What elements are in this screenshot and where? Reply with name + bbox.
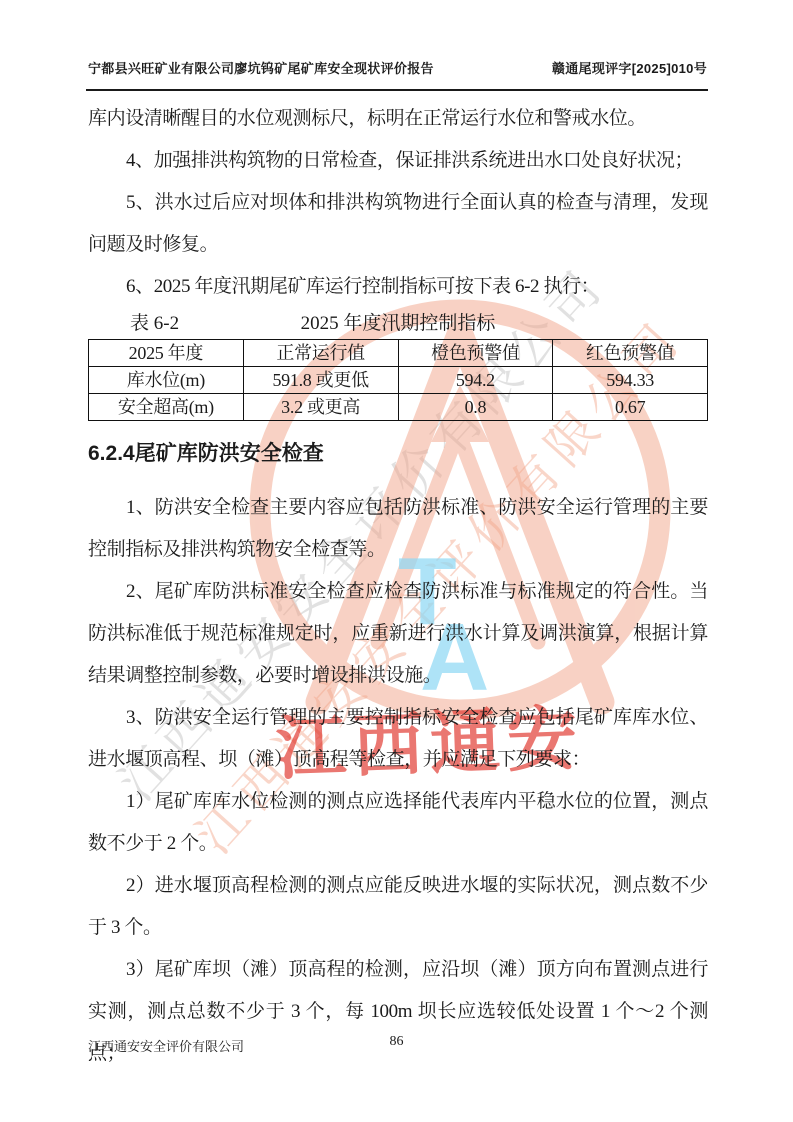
header-document-number: 赣通尾现评字[2025]010号 bbox=[552, 58, 707, 77]
table-cell: 594.2 bbox=[398, 367, 553, 394]
table-cell: 594.33 bbox=[553, 367, 708, 394]
paragraph: 3）尾矿库坝（滩）顶高程的检测，应沿坝（滩）顶方向布置测点进行实测，测点总数不少… bbox=[88, 949, 708, 1075]
table-col-header: 2025 年度 bbox=[89, 340, 244, 367]
table-col-header: 红色预警值 bbox=[553, 340, 708, 367]
table-caption-label: 表 6-2 bbox=[130, 310, 179, 338]
paragraph: 2、尾矿库防洪标准安全检查应检查防洪标准与标准规定的符合性。当防洪标准低于规范标… bbox=[88, 571, 708, 697]
page-content: 宁都县兴旺矿业有限公司廖坑钨矿尾矿库安全现状评价报告 赣通尾现评字[2025]0… bbox=[0, 0, 793, 1122]
flood-control-indicator-table: 2025 年度 正常运行值 橙色预警值 红色预警值 库水位(m) 591.8 或… bbox=[88, 339, 708, 421]
table-cell: 591.8 或更低 bbox=[243, 367, 398, 394]
paragraph: 4、加强排洪构筑物的日常检查，保证排洪系统进出水口处良好状况； bbox=[88, 140, 708, 182]
table-row: 库水位(m) 591.8 或更低 594.2 594.33 bbox=[89, 367, 708, 394]
page-number: 86 bbox=[0, 1034, 793, 1050]
table-col-header: 橙色预警值 bbox=[398, 340, 553, 367]
paragraph: 1、防洪安全检查主要内容应包括防洪标准、防洪安全运行管理的主要控制指标及排洪构筑… bbox=[88, 487, 708, 571]
table-caption: 表 6-2 2025 年度汛期控制指标 bbox=[88, 310, 708, 338]
body-text: 库内设清晰醒目的水位观测标尺，标明在正常运行水位和警戒水位。 4、加强排洪构筑物… bbox=[88, 98, 708, 1075]
table-cell: 0.67 bbox=[553, 394, 708, 421]
paragraph: 3、防洪安全运行管理的主要控制指标安全检查应包括尾矿库库水位、进水堰顶高程、坝（… bbox=[88, 697, 708, 781]
document-page: { "header": { "left": "宁都县兴旺矿业有限公司廖坑钨矿尾矿… bbox=[0, 0, 793, 1122]
paragraph: 2）进水堰顶高程检测的测点应能反映进水堰的实际状况，测点数不少于 3 个。 bbox=[88, 865, 708, 949]
table-cell: 0.8 bbox=[398, 394, 553, 421]
table-cell: 3.2 或更高 bbox=[243, 394, 398, 421]
paragraph: 库内设清晰醒目的水位观测标尺，标明在正常运行水位和警戒水位。 bbox=[88, 98, 708, 140]
paragraph: 5、洪水过后应对坝体和排洪构筑物进行全面认真的检查与清理，发现问题及时修复。 bbox=[88, 182, 708, 266]
table-row: 安全超高(m) 3.2 或更高 0.8 0.67 bbox=[89, 394, 708, 421]
header-report-title: 宁都县兴旺矿业有限公司廖坑钨矿尾矿库安全现状评价报告 bbox=[88, 58, 434, 77]
section-heading: 6.2.4尾矿库防洪安全检查 bbox=[88, 439, 708, 469]
table-header-row: 2025 年度 正常运行值 橙色预警值 红色预警值 bbox=[89, 340, 708, 367]
table-caption-title: 2025 年度汛期控制指标 bbox=[88, 310, 708, 338]
table-col-header: 正常运行值 bbox=[243, 340, 398, 367]
table-cell: 安全超高(m) bbox=[89, 394, 244, 421]
paragraph: 6、2025 年度汛期尾矿库运行控制指标可按下表 6-2 执行： bbox=[88, 266, 708, 308]
header-divider bbox=[86, 89, 708, 91]
table-cell: 库水位(m) bbox=[89, 367, 244, 394]
paragraph: 1）尾矿库库水位检测的测点应选择能代表库内平稳水位的位置，测点数不少于 2 个。 bbox=[88, 781, 708, 865]
